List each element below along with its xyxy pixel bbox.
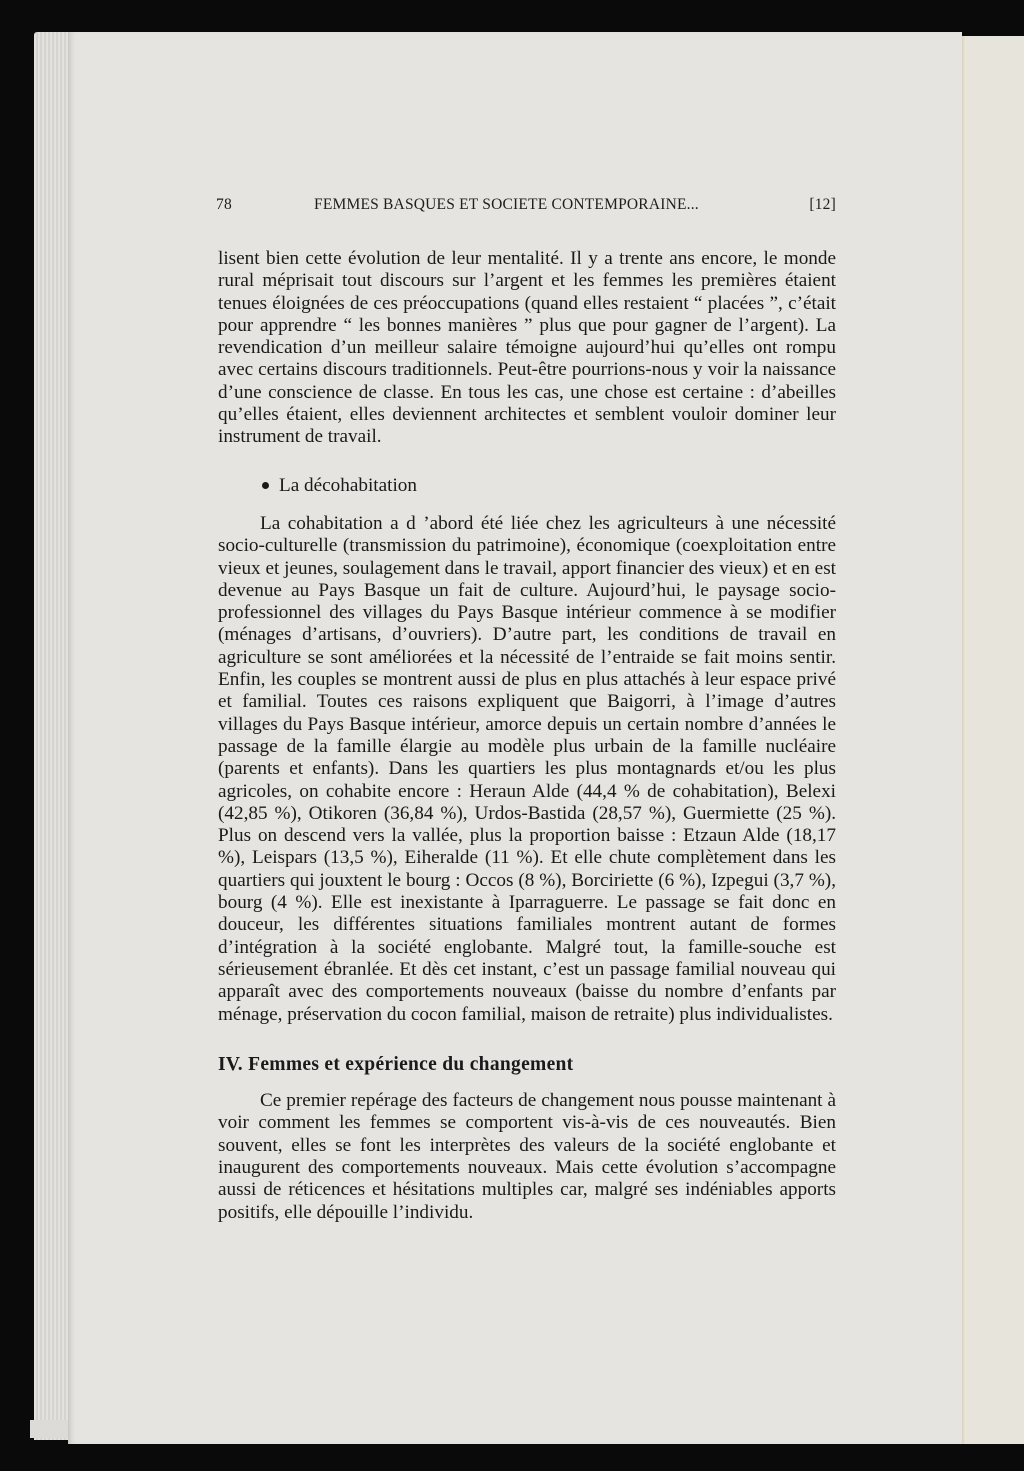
facing-page-edge — [966, 36, 1024, 1444]
page-number: 78 — [216, 196, 232, 214]
subheading-text: La décohabitation — [279, 475, 417, 496]
scanned-book-spread: 78 FEMMES BASQUES ET SOCIETE CONTEMPORAI… — [0, 0, 1024, 1471]
paragraph-cohabitation: La cohabitation a d ’abord été liée chez… — [218, 513, 836, 1026]
running-title: FEMMES BASQUES ET SOCIETE CONTEMPORAINE.… — [314, 196, 699, 214]
section-heading: IV. Femmes et expérience du changement — [218, 1054, 836, 1076]
subheading-decohabitation: La décohabitation — [218, 475, 836, 497]
section-reference: [12] — [809, 196, 836, 214]
bullet-icon — [262, 482, 269, 489]
body-text: lisent bien cette évolution de leur ment… — [218, 248, 836, 1224]
paragraph-changement: Ce premier repérage des facteurs de chan… — [218, 1090, 836, 1224]
paragraph-continuation: lisent bien cette évolution de leur ment… — [218, 248, 836, 449]
running-head: 78 FEMMES BASQUES ET SOCIETE CONTEMPORAI… — [216, 196, 836, 220]
